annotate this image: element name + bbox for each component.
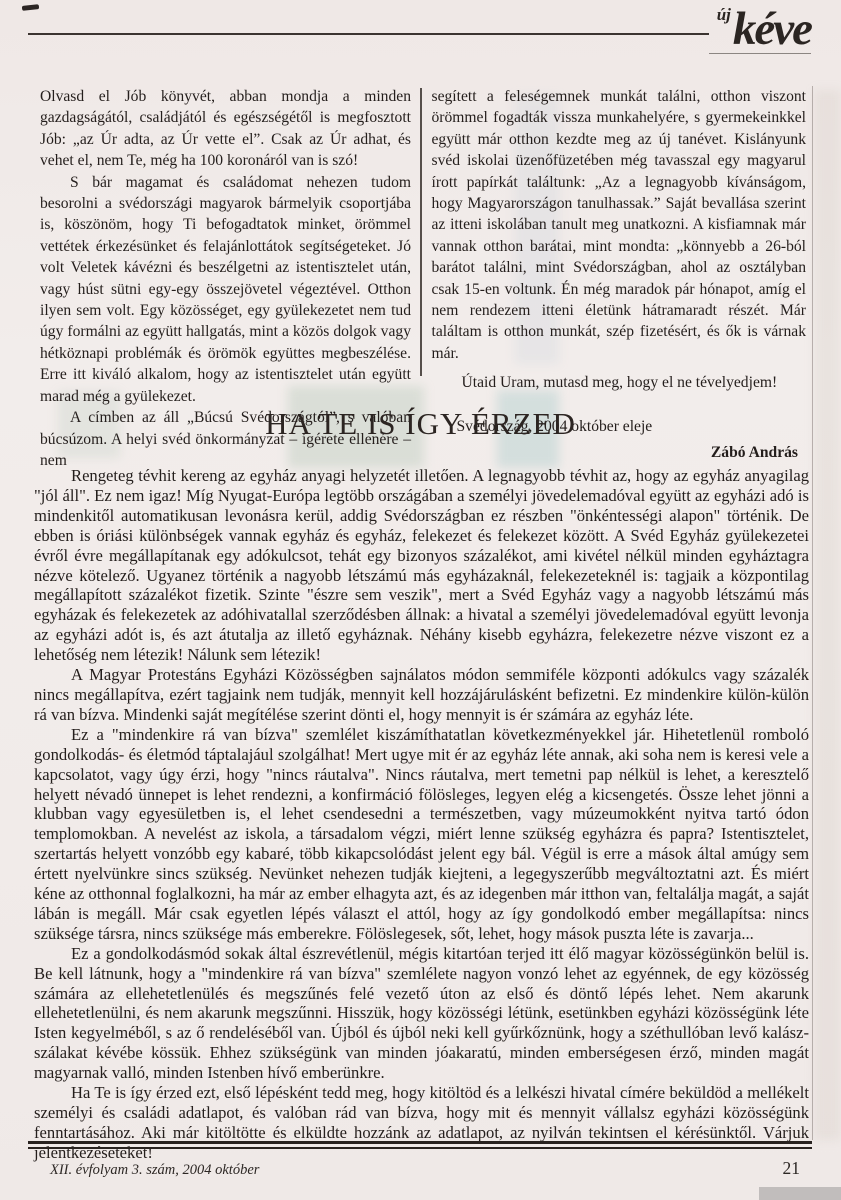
paragraph: segített a feleségemnek munkát találni, … xyxy=(432,86,807,364)
paragraph: Ez a "mindenkire rá van bízva" szemlélet… xyxy=(34,725,809,944)
scanned-newsletter-page: újkéve Olvasd el Jób könyvét, abban mond… xyxy=(0,0,841,1200)
article-title: HA TE IS ÍGY ÉRZED xyxy=(0,406,841,442)
page-edge-line xyxy=(812,86,813,1140)
paragraph: S bár magamat és családomat nehezen tudo… xyxy=(40,172,411,407)
column-divider-rule xyxy=(420,88,422,376)
page-number: 21 xyxy=(783,1158,813,1179)
logo-prefix: új xyxy=(717,5,731,24)
paragraph: Olvasd el Jób könyvét, abban mondja a mi… xyxy=(40,86,411,172)
scan-corner-shadow xyxy=(759,1187,841,1200)
article-body: Rengeteg tévhit kereng az egyház anyagi … xyxy=(34,466,809,1163)
author-signature: Zábó András xyxy=(432,442,807,463)
footer-row: XII. évfolyam 3. szám, 2004 október 21 xyxy=(28,1158,812,1179)
issue-line: XII. évfolyam 3. szám, 2004 október xyxy=(28,1162,259,1179)
paragraph: Ez a gondolkodásmód sokak által észrevét… xyxy=(34,944,809,1083)
masthead-rule xyxy=(28,33,709,35)
bleedthrough-margin-strip xyxy=(814,90,841,1140)
paragraph: Rengeteg tévhit kereng az egyház anyagi … xyxy=(34,466,809,665)
logo-word: kéve xyxy=(733,3,811,55)
prayer-line: Útaid Uram, mutasd meg, hogy el ne tével… xyxy=(432,372,807,393)
page-footer: XII. évfolyam 3. szám, 2004 október 21 xyxy=(28,1141,812,1179)
newsletter-logo: újkéve xyxy=(709,6,811,54)
paragraph: A Magyar Protestáns Egyházi Közösségben … xyxy=(34,665,809,725)
masthead: újkéve xyxy=(28,4,811,56)
footer-double-rule xyxy=(28,1141,812,1149)
